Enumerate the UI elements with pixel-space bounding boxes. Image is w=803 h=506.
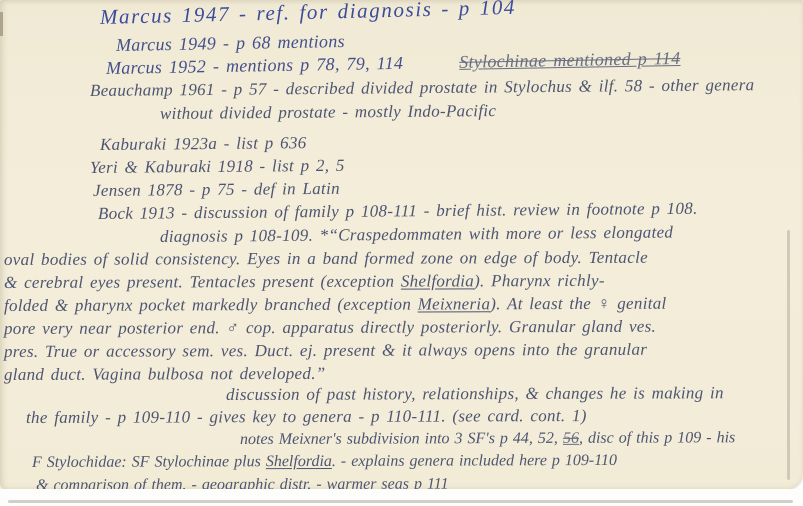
scanned-index-card: Marcus 1947 - ref. for diagnosis - p 104… [0,0,803,506]
handwriting-strike-text: 56 [563,430,579,447]
handwriting-text: pore very near posterior end. ♂ cop. app… [4,317,656,338]
handwriting-line: diagnosis p 108-109. *“Craspedommaten wi… [160,221,803,250]
handwriting-text: ). At least the ♀ genital [490,294,666,314]
handwriting-text: , disc of this p 109 - his [579,429,735,447]
handwriting-text: notes Meixner's subdivision into 3 SF's … [240,430,563,448]
card-right-edge-shadow [787,230,790,480]
handwriting-text: folded & pharynx pocket markedly branche… [4,295,418,315]
handwriting-line: pore very near posterior end. ♂ cop. app… [4,316,803,342]
handwriting-text: oval bodies of solid consistency. Eyes i… [4,248,648,269]
handwriting-underline-text: Shelfordia [401,271,474,290]
underlying-card-edge [8,500,793,503]
handwriting-text: pres. True or accessory sem. ves. Duct. … [4,340,647,361]
handwriting-line: pres. True or accessory sem. ves. Duct. … [4,339,803,365]
handwriting-text: gland duct. Vagina bulbosa not developed… [4,364,326,384]
handwriting-text: Marcus 1949 - p 68 mentions [116,31,345,55]
scanner-background [0,489,803,506]
handwriting-text: Marcus 1952 - mentions p 78, 79, 114 [106,53,404,78]
handwriting-text: . - explains genera included here p 109-… [332,452,617,470]
handwriting-line: notes Meixner's subdivision into 3 SF's … [240,429,803,454]
handwriting-line: folded & pharynx pocket markedly branche… [4,293,803,319]
handwriting-line: the family - p 109-110 - gives key to ge… [26,405,803,431]
handwriting-lines: Marcus 1947 - ref. for diagnosis - p 104… [0,0,803,500]
handwriting-line: without divided prostate - mostly Indo-P… [160,98,803,127]
handwriting-underline-text: Shelfordia [266,453,332,470]
handwriting-text: without divided prostate - mostly Indo-P… [160,101,496,123]
handwriting-text: F Stylochidae: SF Stylochinae plus [32,453,266,471]
handwriting-text: discussion of past history, relationship… [226,383,724,404]
handwriting-line: & cerebral eyes present. Tentacles prese… [4,270,803,296]
handwriting-text: & cerebral eyes present. Tentacles prese… [4,272,401,292]
handwriting-underline-text: Meixneria [418,294,491,313]
index-card: Marcus 1947 - ref. for diagnosis - p 104… [0,0,803,489]
handwriting-strike-text: Stylochinae mentioned p 114 [459,48,681,72]
handwriting-line: discussion of past history, relationship… [226,383,803,408]
handwriting-text: ). Pharynx richly- [474,271,605,290]
handwriting-text: Kaburaki 1923a - list p 636 [100,133,307,154]
handwriting-text: Bock 1913 - discussion of family p 108-1… [98,199,698,223]
handwriting-text: Marcus 1947 - ref. for diagnosis - p 104 [100,0,517,29]
handwriting-line: F Stylochidae: SF Stylochinae plus Shelf… [32,451,803,477]
handwriting-line: oval bodies of solid consistency. Eyes i… [4,247,803,273]
handwriting-text: Jensen 1878 - p 75 - def in Latin [93,179,340,200]
scan-edge-mark [0,12,3,36]
handwriting-text: diagnosis p 108-109. *“Craspedommaten wi… [160,223,673,246]
handwriting-text: Yeri & Kaburaki 1918 - list p 2, 5 [90,156,345,177]
handwriting-text: the family - p 109-110 - gives key to ge… [26,406,587,427]
